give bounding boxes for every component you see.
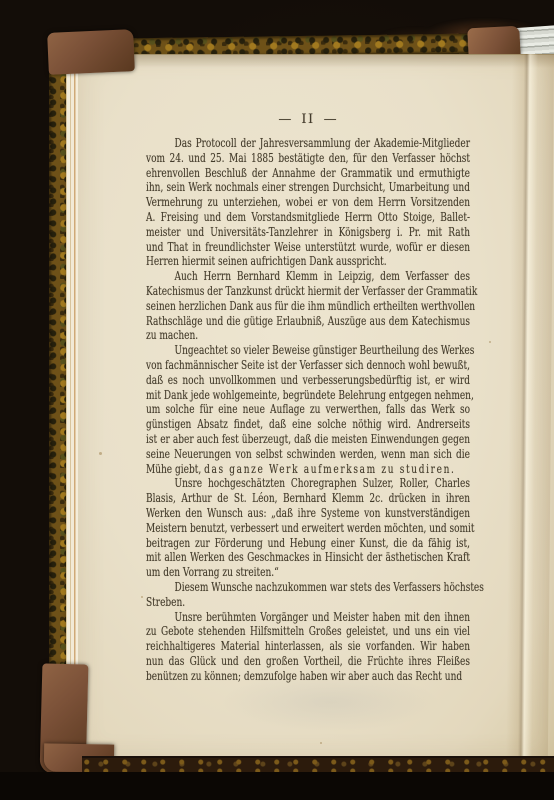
header-dash-right: —	[324, 112, 338, 127]
text-line: beitragen zur Förderung und Hebung einer…	[146, 536, 470, 551]
foxing-spot	[141, 596, 143, 598]
text-line: seine Neuerungen von selbst schwinden we…	[146, 447, 470, 462]
paragraph: Unsre berühmten Vorgänger und Meister ha…	[146, 610, 470, 684]
text-line: zu machen.	[146, 328, 470, 343]
text-line: Katechismus der Tanzkunst drückt hiermit…	[146, 284, 470, 299]
text-line: Unsre berühmten Vorgänger und Meister ha…	[146, 610, 470, 625]
text-line: und That in freundlichster Weise unterst…	[146, 240, 470, 255]
text-line: nun das Glück und den großen Vortheil, d…	[146, 654, 470, 669]
text-line: Werken den Wunsch aus: „daß ihre Systeme…	[146, 506, 470, 521]
text-line: Vermehrung zu unterziehen, wobei er von …	[146, 195, 470, 210]
paragraph: Unsre hochgeschätzten Choregraphen Sulze…	[146, 476, 470, 580]
text-line: reichhaltigeres Material hinterlassen, a…	[146, 639, 470, 654]
text-segment: Mühe giebt,	[146, 462, 204, 476]
page-number: II	[301, 112, 314, 127]
paragraph: Das Protocoll der Jahresversammlung der …	[146, 136, 470, 269]
page-header: —II—	[146, 112, 470, 127]
page-top-shadow	[78, 54, 554, 68]
text-line: günstigen Absatz findet, daß eine solche…	[146, 417, 470, 432]
foxing-spot	[320, 742, 322, 744]
text-line: Herren hiermit seinen aufrichtigen Dank …	[146, 254, 470, 269]
paragraph: Diesem Wunsche nachzukommen war stets de…	[146, 580, 470, 610]
text-line: ist er aber auch fest überzeugt, daß die…	[146, 432, 470, 447]
gutter-crease	[506, 54, 554, 760]
text-line: seinen herzlichen Dank aus für die ihm m…	[146, 299, 470, 314]
text-line: Mühe giebt, das ganze Werk aufmerksam zu…	[146, 462, 470, 477]
foxing-spot	[489, 341, 491, 343]
text-line: vom 24. und 25. Mai 1885 bestätigte den,…	[146, 151, 470, 166]
book-photo: —II— Das Protocoll der Jahresversammlung…	[0, 0, 554, 800]
header-dash-left: —	[278, 112, 292, 127]
text-line: Ungeachtet so vieler Beweise günstiger B…	[146, 343, 470, 358]
text-line: ihn, sein Werk nochmals einer strengen D…	[146, 180, 470, 195]
text-line: mit Dank jede wohlgemeinte, begründete B…	[146, 388, 470, 403]
text-line: mit allen Werken des Geschmackes in Hins…	[146, 550, 470, 565]
text-line: Rathschläge und die gütige Erlaubniß, Au…	[146, 314, 470, 329]
paragraph: Auch Herrn Bernhard Klemm in Leipzig, de…	[146, 269, 470, 343]
page-text: Das Protocoll der Jahresversammlung der …	[146, 136, 470, 683]
emphasized-text: das ganze Werk aufmerksam zu studiren.	[204, 462, 455, 476]
paragraph: Ungeachtet so vieler Beweise günstiger B…	[146, 343, 470, 476]
text-line: A. Freising und dem Vorstandsmitgliede H…	[146, 210, 470, 225]
foxing-spot	[99, 452, 102, 455]
text-line: Das Protocoll der Jahresversammlung der …	[146, 136, 470, 151]
text-line: Auch Herrn Bernhard Klemm in Leipzig, de…	[146, 269, 470, 284]
text-line: um solche für eine neue Auflage zu verwe…	[146, 402, 470, 417]
text-line: Streben.	[146, 595, 470, 610]
text-line: Meistern benutzt, verbessert und erweite…	[146, 521, 470, 536]
text-line: von fachmännischer Seite ist der Verfass…	[146, 358, 470, 373]
text-line: Blasis, Arthur de St. Léon, Bernhard Kle…	[146, 491, 470, 506]
text-line: ehrenvollen Beschluß der Annahme der Gra…	[146, 166, 470, 181]
background-bottom	[0, 772, 554, 800]
text-line: Unsre hochgeschätzten Choregraphen Sulze…	[146, 476, 470, 491]
text-line: benützen zu können; demzufolge haben wir…	[146, 669, 470, 684]
leather-corner-top-left	[47, 29, 135, 75]
text-line: Diesem Wunsche nachzukommen war stets de…	[146, 580, 470, 595]
text-line: um den Vorrang zu streiten.“	[146, 565, 470, 580]
text-line: zu Gebote stehenden Hilfsmitteln Großes …	[146, 624, 470, 639]
text-line: daß es noch unvollkommen und verbesserun…	[146, 373, 470, 388]
text-line: meister und Universitäts-Tanzlehrer in K…	[146, 225, 470, 240]
